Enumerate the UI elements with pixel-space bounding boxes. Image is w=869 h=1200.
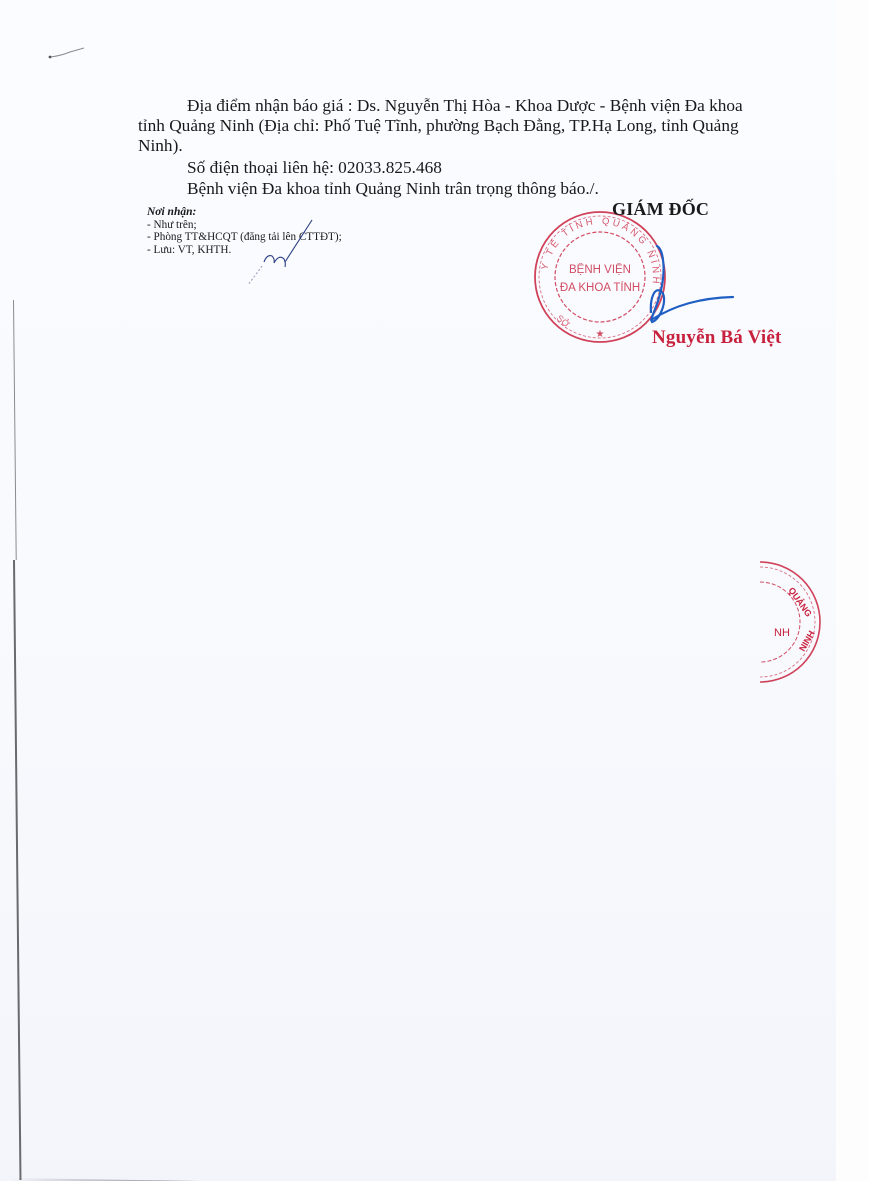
- signer-name: Nguyễn Bá Việt: [652, 327, 781, 349]
- seal-star-icon: ★: [596, 329, 605, 340]
- scan-mark: [50, 48, 84, 57]
- scan-dot: [49, 56, 52, 59]
- marks-layer: Y TẾ TỈNH QUẢNG NINH SỞ BỆNH VIỆN ĐA KHO…: [0, 0, 869, 1200]
- signature: [651, 246, 733, 322]
- initials-mark: [248, 220, 312, 285]
- partial-seal-text-3: NH: [774, 627, 790, 639]
- svg-text:Y TẾ TỈNH QUẢNG NINH: Y TẾ TỈNH QUẢNG NINH: [539, 216, 661, 287]
- seal-inner-line-1: BỆNH VIỆN: [569, 263, 631, 276]
- partial-seal: QUẢNG NINH NH: [760, 562, 820, 682]
- seal-inner-line-2: ĐA KHOA TỈNH: [560, 281, 640, 294]
- position-title: GIÁM ĐỐC: [612, 199, 709, 220]
- seal-outer-text: Y TẾ TỈNH QUẢNG NINH: [539, 216, 661, 287]
- official-seal: Y TẾ TỈNH QUẢNG NINH SỞ BỆNH VIỆN ĐA KHO…: [535, 212, 665, 342]
